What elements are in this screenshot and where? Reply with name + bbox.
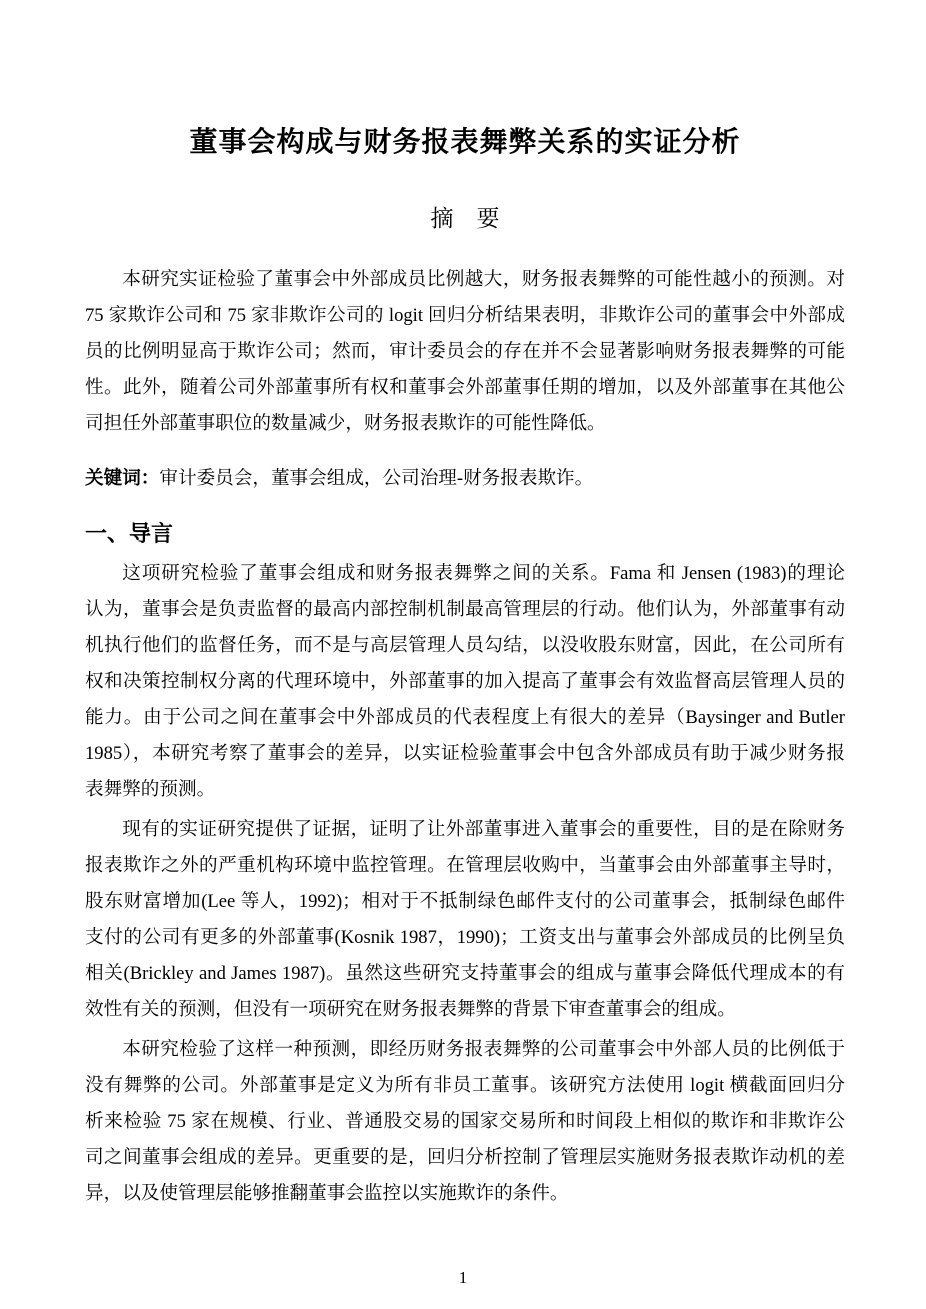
text-line: 效性有关的预测，但没有一项研究在财务报表舞弊的背景下审查董事会的组成。 (85, 992, 845, 1028)
intro-paragraph-1: 这项研究检验了董事会组成和财务报表舞弊之间的关系。Fama 和 Jensen (… (85, 556, 845, 808)
text-line: 1985），本研究考察了董事会的差异，以实证检验董事会中包含外部成员有助于减少财… (85, 736, 845, 772)
text-line: 表舞弊的预测。 (85, 772, 845, 808)
text-line: 现有的实证研究提供了证据，证明了让外部董事进入董事会的重要性，目的是在除财务 (85, 812, 845, 848)
text-line: 能力。由于公司之间在董事会中外部成员的代表程度上有很大的差异（Baysinger… (85, 700, 845, 736)
abstract-paragraph: 本研究实证检验了董事会中外部成员比例越大，财务报表舞弊的可能性越小的预测。对75… (85, 262, 845, 442)
text-line: 没有舞弊的公司。外部董事是定义为所有非员工董事。该研究方法使用 logit 横截… (85, 1068, 845, 1104)
text-line: 机执行他们的监督任务，而不是与高层管理人员勾结，以没收股东财富，因此，在公司所有 (85, 628, 845, 664)
text-line: 这项研究检验了董事会组成和财务报表舞弊之间的关系。Fama 和 Jensen (… (85, 556, 845, 592)
text-line: 认为，董事会是负责监督的最高内部控制机制最高管理层的行动。他们认为，外部董事有动 (85, 592, 845, 628)
text-line: 支付的公司有更多的外部董事(Kosnik 1987，1990)；工资支出与董事会… (85, 920, 845, 956)
page-number: 1 (0, 1268, 926, 1288)
keywords-line: 关键词：审计委员会，董事会组成，公司治理-财务报表欺诈。 (85, 460, 845, 497)
intro-paragraph-2: 现有的实证研究提供了证据，证明了让外部董事进入董事会的重要性，目的是在除财务报表… (85, 812, 845, 1028)
text-line: 本研究检验了这样一种预测，即经历财务报表舞弊的公司董事会中外部人员的比例低于 (85, 1032, 845, 1068)
text-line: 性。此外，随着公司外部董事所有权和董事会外部董事任期的增加，以及外部董事在其他公 (85, 370, 845, 406)
text-line: 权和决策控制权分离的代理环境中，外部董事的加入提高了董事会有效监督高层管理人员的 (85, 664, 845, 700)
section-heading-introduction: 一、导言 (85, 519, 845, 549)
document-page: 董事会构成与财务报表舞弊关系的实证分析 摘 要 本研究实证检验了董事会中外部成员… (0, 0, 926, 1309)
text-line: 员的比例明显高于欺诈公司；然而，审计委员会的存在并不会显著影响财务报表舞弊的可能 (85, 334, 845, 370)
text-line: 相关(Brickley and James 1987)。虽然这些研究支持董事会的… (85, 956, 845, 992)
keywords-label: 关键词： (85, 467, 159, 488)
text-line: 股东财富增加(Lee 等人，1992)；相对于不抵制绿色邮件支付的公司董事会，抵… (85, 884, 845, 920)
text-line: 司担任外部董事职位的数量减少，财务报表欺诈的可能性降低。 (85, 406, 845, 442)
keywords-text: 审计委员会，董事会组成，公司治理-财务报表欺诈。 (159, 468, 593, 489)
text-line: 司之间董事会组成的差异。更重要的是，回归分析控制了管理层实施财务报表欺诈动机的差 (85, 1140, 845, 1176)
intro-paragraph-3: 本研究检验了这样一种预测，即经历财务报表舞弊的公司董事会中外部人员的比例低于没有… (85, 1032, 845, 1212)
text-line: 报表欺诈之外的严重机构环境中监控管理。在管理层收购中，当董事会由外部董事主导时， (85, 848, 845, 884)
abstract-heading: 摘 要 (85, 202, 845, 234)
document-title: 董事会构成与财务报表舞弊关系的实证分析 (85, 122, 845, 162)
text-line: 本研究实证检验了董事会中外部成员比例越大，财务报表舞弊的可能性越小的预测。对 (85, 262, 845, 298)
text-line: 析来检验 75 家在规模、行业、普通股交易的国家交易所和时间段上相似的欺诈和非欺… (85, 1104, 845, 1140)
text-line: 异，以及使管理层能够推翻董事会监控以实施欺诈的条件。 (85, 1176, 845, 1212)
text-line: 75 家欺诈公司和 75 家非欺诈公司的 logit 回归分析结果表明，非欺诈公… (85, 298, 845, 334)
